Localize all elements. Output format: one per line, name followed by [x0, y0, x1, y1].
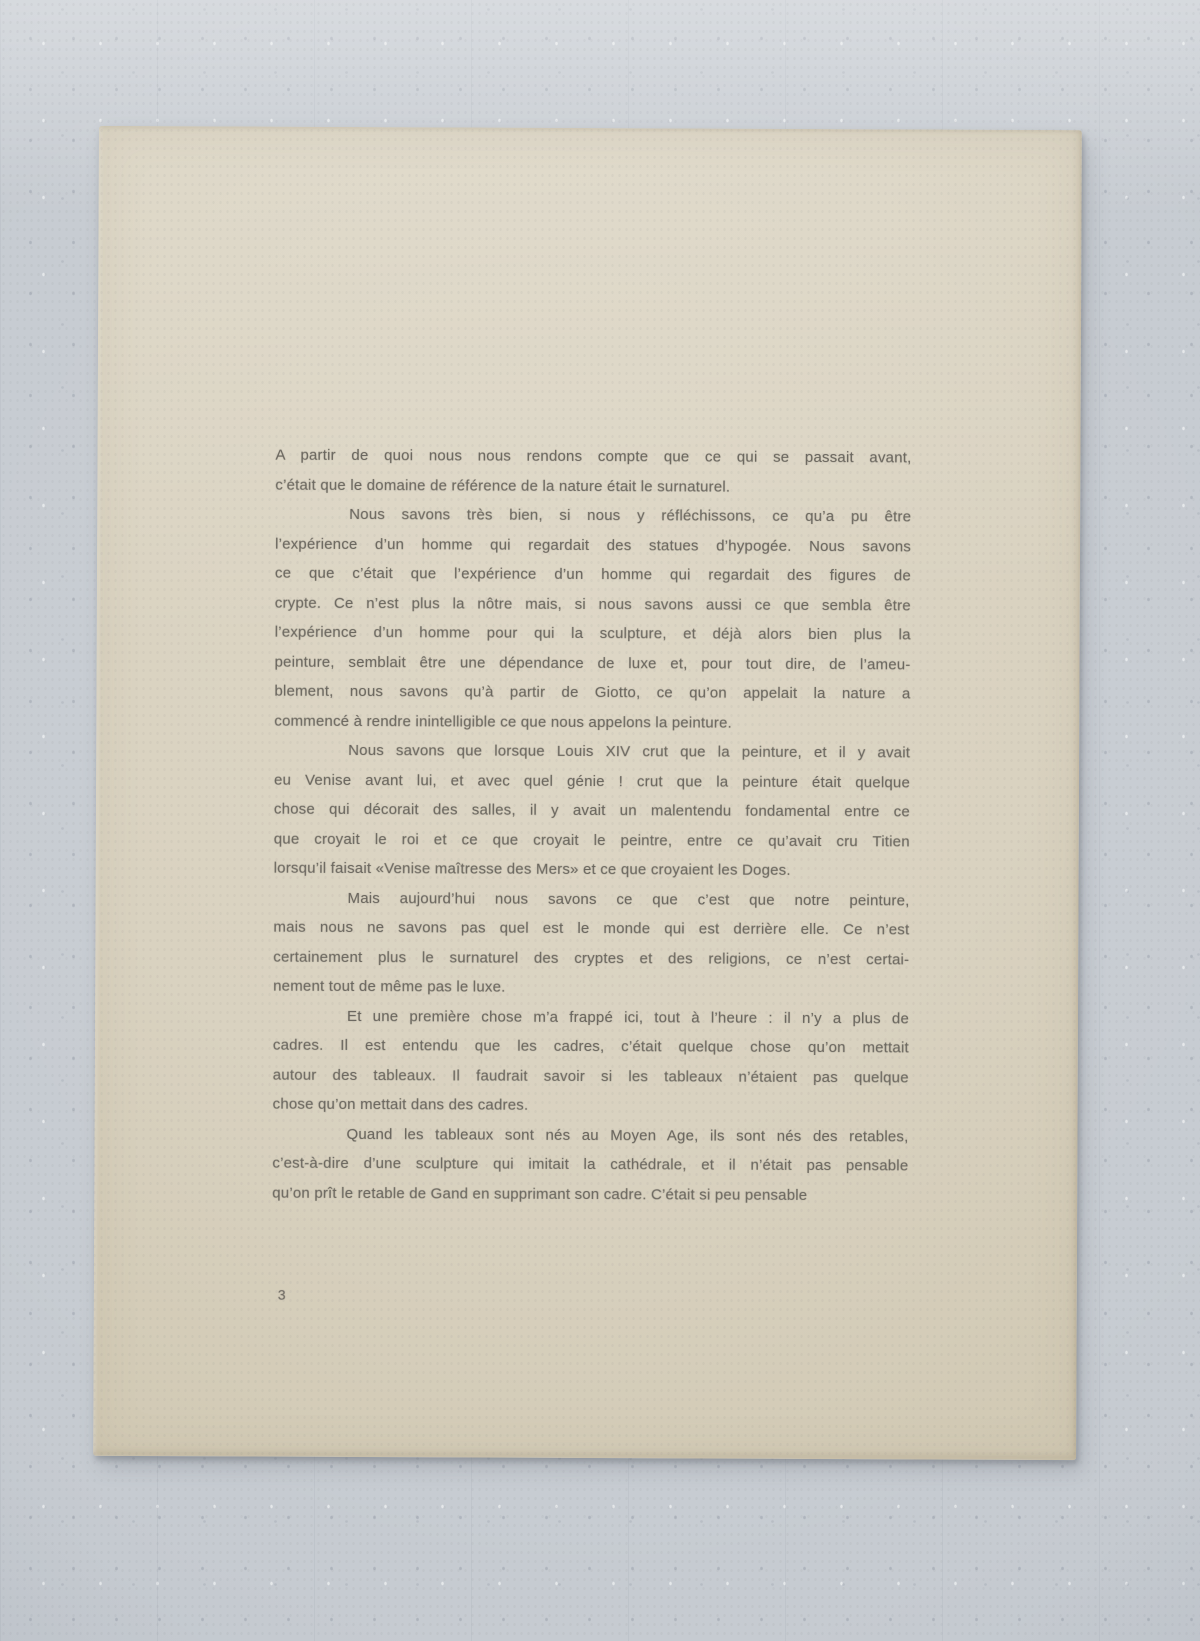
- text-line: Nous savons que lorsque Louis XIV crut q…: [274, 736, 910, 768]
- text-line: cadres. Il est entendu que les cadres, c…: [273, 1031, 909, 1063]
- document-page: A partir de quoi nous nous rendons compt…: [93, 126, 1082, 1460]
- text-line: A partir de quoi nous nous rendons compt…: [275, 441, 911, 473]
- text-line: certainement plus le surnaturel des cryp…: [273, 942, 909, 974]
- text-line: commencé à rendre inintelligible ce que …: [274, 706, 910, 738]
- text-line: peinture, semblait être une dépendance d…: [275, 647, 911, 679]
- text-line: ce que c’était que l’expérience d’un hom…: [275, 559, 911, 591]
- text-line: que croyait le roi et ce que croyait le …: [274, 824, 910, 856]
- text-line: c’est-à-dire d’une sculpture qui imitait…: [272, 1149, 908, 1181]
- text-line: lorsqu’il faisait «Venise maîtresse des …: [274, 854, 910, 886]
- page-number: 3: [278, 1287, 286, 1303]
- text-line: l’expérience d’un homme pour qui la scul…: [275, 618, 911, 650]
- body-text: A partir de quoi nous nous rendons compt…: [272, 441, 911, 1211]
- text-line: mais nous ne savons pas quel est le mond…: [273, 913, 909, 945]
- text-line: l’expérience d’un homme qui regardait de…: [275, 529, 911, 561]
- text-line: crypte. Ce n’est plus la nôtre mais, si …: [275, 588, 911, 620]
- text-line: chose qui décorait des salles, il y avai…: [274, 795, 910, 827]
- text-line: c’était que le domaine de référence de l…: [275, 470, 911, 502]
- text-line: chose qu’on mettait dans des cadres.: [273, 1090, 909, 1122]
- text-line: Et une première chose m’a frappé ici, to…: [273, 1001, 909, 1033]
- text-line: Quand les tableaux sont nés au Moyen Age…: [272, 1119, 908, 1151]
- text-line: Nous savons très bien, si nous y réfléch…: [275, 500, 911, 532]
- text-line: Mais aujourd’hui nous savons ce que c’es…: [273, 883, 909, 915]
- photo-of-document: A partir de quoi nous nous rendons compt…: [0, 0, 1200, 1641]
- text-line: nement tout de même pas le luxe.: [273, 972, 909, 1004]
- text-line: qu’on prît le retable de Gand en supprim…: [272, 1178, 908, 1210]
- text-line: eu Venise avant lui, et avec quel génie …: [274, 765, 910, 797]
- text-line: autour des tableaux. Il faudrait savoir …: [273, 1060, 909, 1092]
- text-line: blement, nous savons qu’à partir de Giot…: [274, 677, 910, 709]
